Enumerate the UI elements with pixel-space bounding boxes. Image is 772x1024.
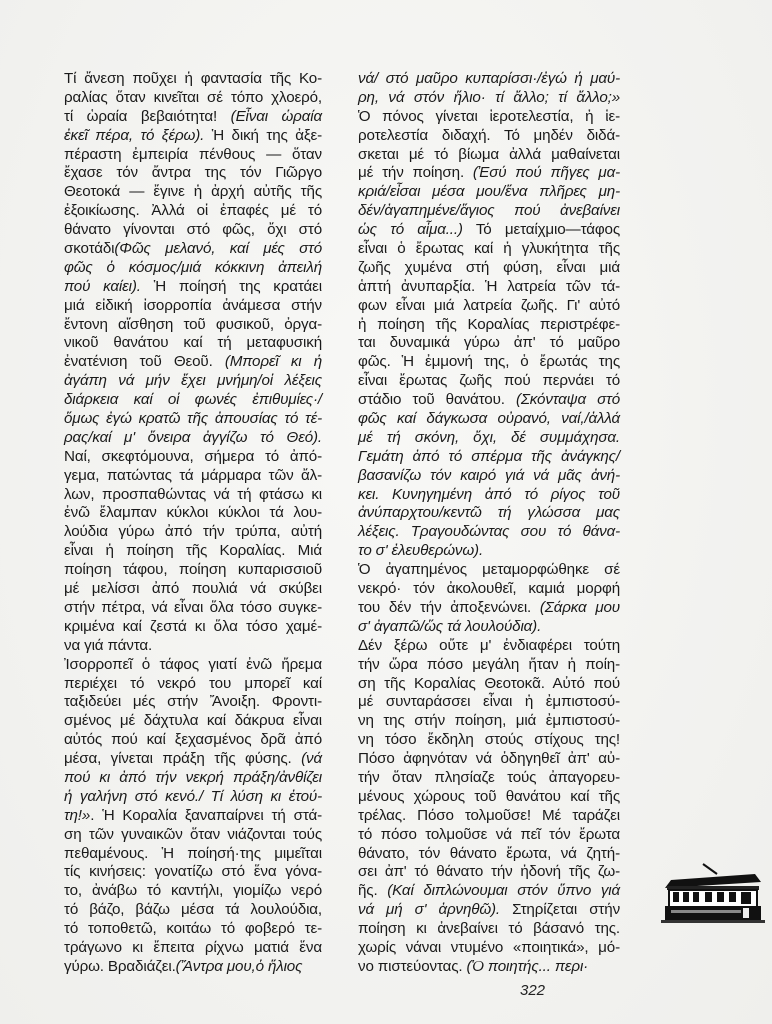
text-line: τη!». Ἡ Κοραλία ξαναπαίρνει τή στά- — [64, 807, 322, 826]
tram-illustration-icon — [655, 860, 767, 930]
body-text: ποίηση κι ἀνεβαίνει τό βάσανό της. — [358, 920, 620, 937]
text-line: τίς κινήσεις: γονατίζω στό ἕνα γόνα- — [64, 863, 322, 882]
text-line: νο πιστεύοντας. (Ὁ ποιητής... περι· — [358, 958, 620, 977]
text-line: κριά/εἶσαι μέσα μου/ἕνα πλῆρες μη- — [358, 183, 620, 202]
text-line: κριμένα καί ζεστά κι ὅλα τόσο χαμέ- — [64, 618, 322, 637]
text-line: το, ἀνάβω τό καντήλι, γιομίζω νερό — [64, 882, 322, 901]
text-line: το σ' ἐλευθερώνω). — [358, 542, 620, 561]
text-line: τό πόσο τολμοῦσε νά πεῖ τόν ἔρωτα — [358, 826, 620, 845]
body-text: Ὁ ἀγαπημένος μεταμορφώθηκε σέ — [358, 561, 620, 578]
text-line: Ναί, σκεφτόμουνα, σήμερα τό ἀπό- — [64, 448, 322, 467]
text-line: ροτελεστία διδαχή. Τό μηδέν διδά- — [358, 127, 620, 146]
text-line: φων εἶναι μιά λατρεία ζωῆς. Γι' αὐτό — [358, 297, 620, 316]
body-text: Στηρίζεται στήν — [500, 901, 620, 918]
body-text: το, ἀνάβω τό καντήλι, γιομίζω νερό — [64, 882, 322, 899]
body-text: νικοῦ θανάτου καί τή μεταφυσική — [64, 334, 322, 351]
left-text-column: Τί ἄνεση ποῦχει ἡ φαντασία τῆς Κο-ραλίας… — [64, 70, 322, 977]
text-line: πού κι ἀπό τήν νεκρή πράξη/ἀνθίζει — [64, 769, 322, 788]
italic-quote: (Ἐσύ πού πῆγες μα- — [473, 164, 620, 181]
body-text: ἐξοικίωσης. Ἀλλά οἱ ἐπαφές μέ τό — [64, 202, 322, 219]
body-text: μέ τήν ποίηση. — [358, 164, 473, 181]
body-text: Τί ἄνεση ποῦχει ἡ φαντασία τῆς Κο- — [64, 70, 322, 87]
italic-quote: (Φῶς μελανό, καί μές στό — [114, 240, 322, 257]
body-text: ποίηση τάφου, ποίηση κυπαρισσιοῦ — [64, 561, 322, 578]
italic-quote: σ' ἀγαπῶ/ὥς τά λουλούδια). — [358, 618, 541, 635]
text-line: ἡ ποίηση τῆς Κοραλίας περιστρέφε- — [358, 316, 620, 335]
text-line: ρη, νά στόν ἥλιο· τί ἄλλο; τί ἄλλο;» — [358, 89, 620, 108]
text-line: στάδιο τοῦ θανάτου. (Σκόνταψα στό — [358, 391, 620, 410]
text-line: ρας/καί μ' ὄνειρα ἀγγίζω τό Θεό). — [64, 429, 322, 448]
text-line: ποίηση τάφου, ποίηση κυπαρισσιοῦ — [64, 561, 322, 580]
text-line: πού καίει). Ἡ ποίησή της κρατάει — [64, 278, 322, 297]
text-line: ἀγάπη νά μήν ἔχει μνήμη/οἱ λέξεις — [64, 372, 322, 391]
body-text: τήν ὅταν πλησίαζε τούς ἀπαγορευ- — [358, 769, 620, 786]
text-line: κει. Κυνηγημένη ἀπό τό ρίγος τοῦ — [358, 486, 620, 505]
right-text-column: νά/ στό μαῦρο κυπαρίσσι·/ἐγώ ἡ μαύ-ρη, ν… — [358, 70, 620, 977]
body-text: σει ἀπ' τό θάνατο τήν ἡδονή τῆς ζω- — [358, 863, 620, 880]
body-text: μένους χώρους τοῦ θανάτου καί τῆς — [358, 788, 620, 805]
text-line: ἐνατένιση τοῦ Θεοῦ. (Μπορεῖ κι ἡ — [64, 353, 322, 372]
body-text: σκεται μέ τό βίωμα ἀλλά μαθαίνεται — [358, 146, 620, 163]
body-text: σκοτάδι — [64, 240, 114, 257]
body-text: τίς κινήσεις: γονατίζω στό ἕνα γόνα- — [64, 863, 322, 880]
document-page: Τί ἄνεση ποῦχει ἡ φαντασία τῆς Κο-ραλίας… — [0, 0, 772, 1024]
italic-quote: δέν/ἀγαπημένε/ἅγιος πού ἀνεβαίνει — [358, 202, 620, 219]
text-line: τράγωνο κι ἔπειτα ρίχνω ματιά ἕνα — [64, 939, 322, 958]
text-line: μέ μελίσσι ἀπό πουλιά νά σκύβει — [64, 580, 322, 599]
text-line: στήν πέτρα, νά εἶναι ὅλα τόσο συγκε- — [64, 599, 322, 618]
text-line: Θεοτοκά — ἔγινε ἡ ἀρχή αὐτῆς τῆς — [64, 183, 322, 202]
italic-quote: φῶς καί δάγκωσα οὐρανό, ναί,/ἀλλά — [358, 410, 620, 427]
italic-quote: ρας/καί μ' ὄνειρα ἀγγίζω τό Θεό). — [64, 429, 322, 446]
text-line: ση τῆς Κοραλίας Θεοτοκᾶ. Αὐτό πού — [358, 675, 620, 694]
body-text: μέσα, γίνεται πράξη τῆς φύσης. — [64, 750, 301, 767]
body-text: γύρω. Βραδιάζει. — [64, 958, 176, 975]
body-text: να γιά πάντα. — [64, 637, 152, 654]
text-line: ἡ γαλήνη στό κενό./ Τί λύση κι ἐτού- — [64, 788, 322, 807]
text-line: Πόσο ἀφηνόταν νά ὁδηγηθεῖ ἀπ' αὐ- — [358, 750, 620, 769]
italic-quote: βασανίζω τόν καιρό γιά νά μᾶς ἀνή- — [358, 467, 620, 484]
text-line: πεθαμένους. Ἡ ποίησή·της μιμεῖται — [64, 845, 322, 864]
text-line: τρέλας. Πόσο τολμοῦσε! Μέ ταράζει — [358, 807, 620, 826]
italic-quote: νά/ στό μαῦρο κυπαρίσσι·/ἐγώ ἡ μαύ- — [358, 70, 620, 87]
body-text: γεμα, πατώντας τά μάρμαρα τῶν ἄλ- — [64, 467, 322, 484]
body-text: αὐτός πού καί ξεχασμένος δρᾶ ἀπό — [64, 731, 322, 748]
body-text: Ναί, σκεφτόμουνα, σήμερα τό ἀπό- — [64, 448, 322, 465]
body-text: φῶς. Ἡ ἐμμονή της, ὁ ἔρωτάς της — [358, 353, 620, 370]
text-line: ση τῶν γυναικῶν ὅταν νιάζονται τούς — [64, 826, 322, 845]
text-line: σμένος μέ δάχτυλα καί δάκρυα εἶναι — [64, 712, 322, 731]
text-line: ἀνύπαρχτου/κεντῶ τή γλώσσα μας — [358, 504, 620, 523]
text-line: θάνατο γίνονται στό φῶς, ὄχι στό — [64, 221, 322, 240]
text-line: μέ συνταράσσει εἶναι ἡ ἐμπιστοσύ- — [358, 693, 620, 712]
text-line: ταξιδεύει μές στήν Ἄνοιξη. Φροντι- — [64, 693, 322, 712]
text-line: τήν ὅταν πλησίαζε τούς ἀπαγορευ- — [358, 769, 620, 788]
text-line: εἶναι ἔρωτας ζωῆς πού περνάει τό — [358, 372, 620, 391]
body-text: τράγωνο κι ἔπειτα ρίχνω ματιά ἕνα — [64, 939, 322, 956]
body-text: λούδια γύρω ἀπό τήν τρύπα, αὐτή — [64, 523, 322, 540]
text-line: τήν ὥρα πόσο μεγάλη ἤταν ἡ ποίη- — [358, 656, 620, 675]
text-line: Γεμάτη ἀπό τό σπέρμα τῆς ἀνάγκης/ — [358, 448, 620, 467]
body-text: μιά εἰδική ἰσορροπία ἀνάμεσα στήν — [64, 297, 322, 314]
italic-quote: ὡς τό αἷμα...) — [358, 221, 463, 238]
italic-quote: ἀγάπη νά μήν ἔχει μνήμη/οἱ λέξεις — [64, 372, 322, 389]
text-line: τί ὡραία βεβαιότητα! (Εἶναι ὡραία — [64, 108, 322, 127]
italic-quote: λέξεις. Τραγουδώντας σου τό θάνα- — [358, 523, 620, 540]
italic-quote: ὅμως ἐγώ κρατῶ τῆς ἀπουσίας τό τέ- — [64, 410, 322, 427]
body-text: Δέν ξέρω οὔτε μ' ἐνδιαφέρει τούτη — [358, 637, 620, 654]
text-line: εἶναι ὁ ἔρωτας καί ἡ γλυκήτητα τῆς — [358, 240, 620, 259]
text-line: αὐτός πού καί ξεχασμένος δρᾶ ἀπό — [64, 731, 322, 750]
text-line: μέ τή σκόνη, ὄχι, δέ συμμάχησα. — [358, 429, 620, 448]
italic-quote: τη!» — [64, 807, 90, 824]
text-line: νά μή σ' ἀρνηθῶ). Στηρίζεται στήν — [358, 901, 620, 920]
text-line: λέξεις. Τραγουδώντας σου τό θάνα- — [358, 523, 620, 542]
text-line: νη της στήν ποίηση, μιά ἐμπιστοσύ- — [358, 712, 620, 731]
body-text: στήν πέτρα, νά εἶναι ὅλα τόσο συγκε- — [64, 599, 322, 616]
text-line: Δέν ξέρω οὔτε μ' ἐνδιαφέρει τούτη — [358, 637, 620, 656]
page-number: 322 — [520, 982, 545, 999]
text-line: του δέν τήν ἀποξενώνει. (Σάρκα μου — [358, 599, 620, 618]
body-text: εἶναι ἔρωτας ζωῆς πού περνάει τό — [358, 372, 620, 389]
italic-quote: (νά — [301, 750, 322, 767]
text-line: τό τοποθετῶ, κοιτάω τό φοβερό τε- — [64, 920, 322, 939]
text-line: νεκρό· τόν ἀκολουθεῖ, καμιά μορφή — [358, 580, 620, 599]
body-text: τί ὡραία βεβαιότητα! — [64, 108, 231, 125]
body-text: ἔντονη αἴσθηση τοῦ φυσικοῦ, ὀργα- — [64, 316, 322, 333]
text-line: Ὁ πόνος γίνεται ἱεροτελεστία, ἡ ἱε- — [358, 108, 620, 127]
text-line: ἔντονη αἴσθηση τοῦ φυσικοῦ, ὀργα- — [64, 316, 322, 335]
italic-quote: πού καίει). — [64, 278, 141, 295]
body-text: ση τῶν γυναικῶν ὅταν νιάζονται τούς — [64, 826, 322, 843]
text-line: ὅμως ἐγώ κρατῶ τῆς ἀπουσίας τό τέ- — [64, 410, 322, 429]
text-line: να γιά πάντα. — [64, 637, 322, 656]
body-text: ῆς. — [358, 882, 387, 899]
body-text: νο πιστεύοντας. — [358, 958, 467, 975]
text-line: νά/ στό μαῦρο κυπαρίσσι·/ἐγώ ἡ μαύ- — [358, 70, 620, 89]
italic-quote: ἀνύπαρχτου/κεντῶ τή γλώσσα μας — [358, 504, 620, 521]
text-line: σει ἀπ' τό θάνατο τήν ἡδονή τῆς ζω- — [358, 863, 620, 882]
body-text: ραλίας ὅταν κινεῖται σέ τόπο χλοερό, — [64, 89, 322, 106]
text-line: φῶς ὁ κόσμος/μιά κόκκινη ἀπειλή — [64, 259, 322, 278]
body-text: νη τόσο ἔκδηλη στούς στίχους της! — [358, 731, 620, 748]
text-line: δέν/ἀγαπημένε/ἅγιος πού ἀνεβαίνει — [358, 202, 620, 221]
text-line: πέραστη ἐμπειρία πένθους — ὅταν — [64, 146, 322, 165]
italic-quote: Γεμάτη ἀπό τό σπέρμα τῆς ἀνάγκης/ — [358, 448, 620, 465]
italic-quote: (Μπορεῖ κι ἡ — [225, 353, 322, 370]
text-line: Ὁ ἀγαπημένος μεταμορφώθηκε σέ — [358, 561, 620, 580]
body-text: ἔχασε τόν ἄντρα της τόν Γιῶργο — [64, 164, 322, 181]
body-text: νεκρό· τόν ἀκολουθεῖ, καμιά μορφή — [358, 580, 620, 597]
body-text: θάνατο, τόν θάνατο ἔρωτα, νά ζητή- — [358, 845, 620, 862]
body-text: Πόσο ἀφηνόταν νά ὁδηγηθεῖ ἀπ' αὐ- — [358, 750, 620, 767]
body-text: ροτελεστία διδαχή. Τό μηδέν διδά- — [358, 127, 620, 144]
text-line: Ἰσορροπεῖ ὁ τάφος γιατί ἐνῶ ἤρεμα — [64, 656, 322, 675]
body-text: τό πόσο τολμοῦσε νά πεῖ τόν ἔρωτα — [358, 826, 620, 843]
body-text: στάδιο τοῦ θανάτου. — [358, 391, 516, 408]
text-line: Τί ἄνεση ποῦχει ἡ φαντασία τῆς Κο- — [64, 70, 322, 89]
body-text: κριμένα καί ζεστά κι ὅλα τόσο χαμέ- — [64, 618, 322, 635]
body-text: πεθαμένους. Ἡ ποίησή·της μιμεῖται — [64, 845, 322, 862]
body-text: θάνατο γίνονται στό φῶς, ὄχι στό — [64, 221, 322, 238]
text-line: μιά εἰδική ἰσορροπία ἀνάμεσα στήν — [64, 297, 322, 316]
text-line: εἶναι ἡ ποίηση τῆς Κοραλίας. Μιά — [64, 542, 322, 561]
text-line: ἐξοικίωσης. Ἀλλά οἱ ἐπαφές μέ τό — [64, 202, 322, 221]
body-text: ταξιδεύει μές στήν Ἄνοιξη. Φροντι- — [64, 693, 322, 710]
body-text: Ἡ δική της ἀξε- — [204, 127, 322, 144]
body-text: . Ἡ Κοραλία ξαναπαίρνει τή στά- — [90, 807, 322, 824]
text-line: φῶς. Ἡ ἐμμονή της, ὁ ἔρωτάς της — [358, 353, 620, 372]
text-line: μέ τήν ποίηση. (Ἐσύ πού πῆγες μα- — [358, 164, 620, 183]
italic-quote: φῶς ὁ κόσμος/μιά κόκκινη ἀπειλή — [64, 259, 322, 276]
body-text: Ἰσορροπεῖ ὁ τάφος γιατί ἐνῶ ἤρεμα — [64, 656, 322, 673]
italic-quote: (Σάρκα μου — [540, 599, 620, 616]
body-text: εἶναι ἡ ποίηση τῆς Κοραλίας. Μιά — [64, 542, 322, 559]
body-text: του δέν τήν ἀποξενώνει. — [358, 599, 540, 616]
body-text: μέ μελίσσι ἀπό πουλιά νά σκύβει — [64, 580, 322, 597]
text-line: λούδια γύρω ἀπό τήν τρύπα, αὐτή — [64, 523, 322, 542]
body-text: Θεοτοκά — ἔγινε ἡ ἀρχή αὐτῆς τῆς — [64, 183, 322, 200]
body-text: ται δυναμικά γύρω ἀπ' τό μαῦρο — [358, 334, 620, 351]
body-text: Τό μεταίχμιο—τάφος — [463, 221, 620, 238]
text-line: μένους χώρους τοῦ θανάτου καί τῆς — [358, 788, 620, 807]
italic-quote: ρη, νά στόν ἥλιο· τί ἄλλο; τί ἄλλο;» — [358, 89, 620, 106]
italic-quote: κριά/εἶσαι μέσα μου/ἕνα πλῆρες μη- — [358, 183, 620, 200]
text-line: ται δυναμικά γύρω ἀπ' τό μαῦρο — [358, 334, 620, 353]
body-text: σμένος μέ δάχτυλα καί δάκρυα εἶναι — [64, 712, 322, 729]
text-line: φῶς καί δάγκωσα οὐρανό, ναί,/ἀλλά — [358, 410, 620, 429]
body-text: ση τῆς Κοραλίας Θεοτοκᾶ. Αὐτό πού — [358, 675, 620, 692]
italic-quote: ἡ γαλήνη στό κενό./ Τί λύση κι ἐτού- — [64, 788, 322, 805]
body-text: τρέλας. Πόσο τολμοῦσε! Μέ ταράζει — [358, 807, 620, 824]
text-line: ὡς τό αἷμα...) Τό μεταίχμιο—τάφος — [358, 221, 620, 240]
text-line: ποίηση κι ἀνεβαίνει τό βάσανό της. — [358, 920, 620, 939]
text-line: γύρω. Βραδιάζει.(Ἄντρα μου,ὁ ἥλιος — [64, 958, 322, 977]
body-text: ἐνατένιση τοῦ Θεοῦ. — [64, 353, 225, 370]
text-line: σ' ἀγαπῶ/ὥς τά λουλούδια). — [358, 618, 620, 637]
body-text: ἁπτή ἀνυπαρξία. Ἡ λατρεία τῶν τά- — [358, 278, 620, 295]
text-line: ραλίας ὅταν κινεῖται σέ τόπο χλοερό, — [64, 89, 322, 108]
text-line: νικοῦ θανάτου καί τή μεταφυσική — [64, 334, 322, 353]
body-text: νη της στήν ποίηση, μιά ἐμπιστοσύ- — [358, 712, 620, 729]
body-text: τό τοποθετῶ, κοιτάω τό φοβερό τε- — [64, 920, 322, 937]
italic-quote: ἐκεῖ πέρα, τό ξέρω). — [64, 127, 204, 144]
text-line: βασανίζω τόν καιρό γιά νά μᾶς ἀνή- — [358, 467, 620, 486]
text-line: χωρίς νάναι ντυμένο «ποιητικά», μό- — [358, 939, 620, 958]
italic-quote: πού κι ἀπό τήν νεκρή πράξη/ἀνθίζει — [64, 769, 322, 786]
italic-quote: (Σκόνταψα στό — [516, 391, 620, 408]
italic-quote: διάρκεια καί οἱ φωνές ἐπιθυμίες·/ — [64, 391, 322, 408]
body-text: ἡ ποίηση τῆς Κοραλίας περιστρέφε- — [358, 316, 620, 333]
body-text: ἐνῶ ἔλαμπαν κύκλοι κύκλοι τά λου- — [64, 504, 322, 521]
body-text: χωρίς νάναι ντυμένο «ποιητικά», μό- — [358, 939, 620, 956]
text-line: ἁπτή ἀνυπαρξία. Ἡ λατρεία τῶν τά- — [358, 278, 620, 297]
text-line: ἐνῶ ἔλαμπαν κύκλοι κύκλοι τά λου- — [64, 504, 322, 523]
text-line: ἐκεῖ πέρα, τό ξέρω). Ἡ δική της ἀξε- — [64, 127, 322, 146]
italic-quote: μέ τή σκόνη, ὄχι, δέ συμμάχησα. — [358, 429, 620, 446]
text-line: τό βάζο, βάζω μέσα τά λουλούδια, — [64, 901, 322, 920]
body-text: πέραστη ἐμπειρία πένθους — ὅταν — [64, 146, 322, 163]
body-text: τό βάζο, βάζω μέσα τά λουλούδια, — [64, 901, 322, 918]
text-line: ῆς. (Καί διπλώνουμαι στόν ὕπνο γιά — [358, 882, 620, 901]
body-text: φων εἶναι μιά λατρεία ζωῆς. Γι' αὐτό — [358, 297, 620, 314]
text-line: θάνατο, τόν θάνατο ἔρωτα, νά ζητή- — [358, 845, 620, 864]
body-text: Ὁ πόνος γίνεται ἱεροτελεστία, ἡ ἱε- — [358, 108, 620, 125]
body-text: Ἡ ποίησή της κρατάει — [141, 278, 322, 295]
body-text: ζωῆς χυμένα στή φύση, εἶναι μιά — [358, 259, 620, 276]
text-line: σκεται μέ τό βίωμα ἀλλά μαθαίνεται — [358, 146, 620, 165]
text-line: λων, προσπαθώντας νά τή φτάσω κι — [64, 486, 322, 505]
italic-quote: κει. Κυνηγημένη ἀπό τό ρίγος τοῦ — [358, 486, 620, 503]
text-line: νη τόσο ἔκδηλη στούς στίχους της! — [358, 731, 620, 750]
italic-quote: (Καί διπλώνουμαι στόν ὕπνο γιά — [387, 882, 620, 899]
body-text: εἶναι ὁ ἔρωτας καί ἡ γλυκήτητα τῆς — [358, 240, 620, 257]
text-line: διάρκεια καί οἱ φωνές ἐπιθυμίες·/ — [64, 391, 322, 410]
italic-quote: (Ἄντρα μου,ὁ ἥλιος — [176, 958, 303, 975]
text-line: περιέχει τό νεκρό του μπορεῖ καί — [64, 675, 322, 694]
italic-quote: (Εἶναι ὡραία — [231, 108, 322, 125]
italic-quote: (Ὁ ποιητής... περι· — [467, 958, 589, 975]
text-line: γεμα, πατώντας τά μάρμαρα τῶν ἄλ- — [64, 467, 322, 486]
body-text: μέ συνταράσσει εἶναι ἡ ἐμπιστοσύ- — [358, 693, 620, 710]
italic-quote: νά μή σ' ἀρνηθῶ). — [358, 901, 500, 918]
body-text: περιέχει τό νεκρό του μπορεῖ καί — [64, 675, 322, 692]
body-text: τήν ὥρα πόσο μεγάλη ἤταν ἡ ποίη- — [358, 656, 620, 673]
italic-quote: το σ' ἐλευθερώνω). — [358, 542, 483, 559]
text-line: ζωῆς χυμένα στή φύση, εἶναι μιά — [358, 259, 620, 278]
text-line: σκοτάδι(Φῶς μελανό, καί μές στό — [64, 240, 322, 259]
text-line: μέσα, γίνεται πράξη τῆς φύσης. (νά — [64, 750, 322, 769]
text-line: ἔχασε τόν ἄντρα της τόν Γιῶργο — [64, 164, 322, 183]
body-text: λων, προσπαθώντας νά τή φτάσω κι — [64, 486, 322, 503]
